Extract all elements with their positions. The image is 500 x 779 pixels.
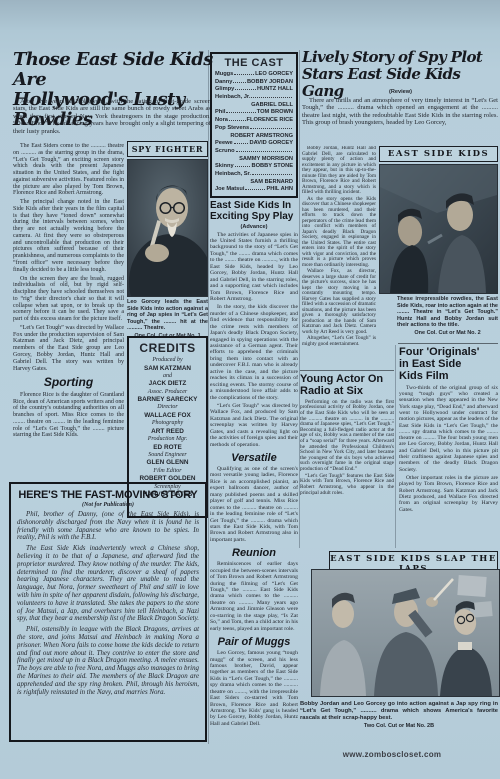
young-actor-heading: Young Actor On Radio at Six	[300, 374, 394, 398]
spy-fighter-photo-art	[128, 160, 207, 296]
left-column: The East Siders come to the .......... t…	[13, 143, 124, 480]
cast-row: Scruno SAMMY MORRISON	[215, 148, 293, 163]
sporting-heading: Sporting	[13, 376, 124, 390]
column-rule	[395, 345, 396, 548]
reunion-heading: Reunion	[210, 547, 298, 559]
cast-row: Muggs LEO GORCEY	[215, 71, 293, 79]
credits-list: Produced by SAM KATZMAN and JACK DIETZ A…	[131, 357, 204, 499]
column-rule	[208, 50, 209, 744]
main-headline-line1: Those East Side Kids Are	[13, 50, 237, 90]
credit-row: Director WALLACE FOX	[131, 404, 204, 420]
versatile-heading: Versatile	[210, 452, 298, 464]
cast-row: Phil TOM BROWN	[215, 109, 293, 117]
spy-fighter-photo	[127, 159, 208, 297]
slap-japs-photo-art	[312, 570, 499, 696]
slap-japs-caption-block: Bobby Jordan and Leo Gorcey go into acti…	[300, 699, 498, 729]
story-body: Phil, brother of Danny, (one of the East…	[17, 511, 199, 696]
cast-row: Glimpy HUNTZ HALL	[215, 86, 293, 94]
cast-row: Nora FLORENCE RICE	[215, 117, 293, 125]
spy-fighter-caption: Leo Gorcey leads the East Side Kids into…	[127, 299, 208, 332]
credit-row: Photography ART REED	[131, 420, 204, 436]
cast-title: THE CAST	[215, 57, 293, 69]
young-actor-section: Young Actor On Radio at Six Performing o…	[300, 374, 394, 550]
credit-row: and JACK DIETZ	[131, 373, 204, 389]
four-originals-heading: Four 'Originals' in East Side Kids Film	[399, 347, 498, 383]
slap-japs-caption: Bobby Jordan and Leo Gorcey go into acti…	[300, 701, 498, 722]
east-side-kids-photo	[379, 164, 498, 294]
spy-fighter-title: SPY FIGHTER	[127, 141, 208, 157]
slap-japs-photo	[311, 569, 500, 697]
slap-japs-mat-note: Two Col. Cut or Mat No. 2B	[300, 723, 498, 729]
cast-row: Danny BOBBY JORDAN	[215, 79, 293, 87]
story-title: HERE'S THE FAST-MOVING STORY	[17, 489, 199, 501]
east-side-kids-caption: These irrepressible rowdies, the East Si…	[397, 296, 498, 329]
reunion-body: Reminiscences of earlier days occupied t…	[210, 561, 298, 632]
review-body: Bobby Jordan, Huntz Hall and Gabriel Del…	[302, 146, 376, 347]
middle-column: East Side Kids In Exciting Spy Play (Adv…	[210, 201, 298, 745]
story-tag: (Not for Publication)	[17, 502, 199, 508]
section-rule	[398, 343, 498, 344]
pair-of-muggs-body: Leo Gorcey, famous young “tough mugg” of…	[210, 650, 298, 727]
advance-body: The activities of Japanese spies in the …	[210, 232, 298, 448]
review-lead: There are thrills and an atmosphere of v…	[302, 97, 498, 128]
four-originals-body: Two-thirds of the original group of six …	[399, 385, 498, 513]
review-tag: (Review)	[302, 89, 499, 95]
east-side-kids-plate: EAST SIDE KIDS These irrepressible row	[379, 146, 498, 336]
four-originals-section: Four 'Originals' in East Side Kids Film …	[399, 347, 498, 547]
credit-row: Produced by SAM KATZMAN	[131, 357, 204, 373]
article-body: The East Siders come to the .......... t…	[13, 143, 124, 372]
pair-of-muggs-heading: Pair of Muggs	[210, 636, 298, 648]
credits-title: CREDITS	[131, 341, 204, 355]
cast-row: Heinbach, Jr. GABRIEL DELL	[215, 94, 293, 109]
article-intro: After five years in Hollywood, with the …	[13, 98, 211, 137]
east-side-kids-photo-art	[380, 165, 497, 293]
pressbook-page: Those East Side Kids Are Hollywood's Lus…	[0, 0, 500, 779]
spy-fighter-plate: SPY FIGHTER Leo Gorc	[127, 141, 208, 339]
cast-row: Joe Matsui PHIL AHN	[215, 186, 293, 194]
review-headline-line1: Lively Story of Spy Plot	[302, 49, 499, 66]
cast-list: Muggs LEO GORCEY Danny BOBBY JORDAN Glim…	[215, 71, 293, 194]
advance-heading: East Side Kids In Exciting Spy Play	[210, 201, 298, 223]
sporting-body: Florence Rice is the daughter of Grantla…	[13, 392, 124, 439]
cast-box: THE CAST Muggs LEO GORCEY Danny BOBBY JO…	[210, 52, 298, 198]
watermark-url: www.zomboscloset.com	[306, 750, 478, 759]
section-rule	[300, 370, 394, 371]
versatile-body: Qualifying as one of the screen's most v…	[210, 466, 298, 543]
young-actor-body: Performing on the radio was the first pr…	[300, 400, 394, 496]
cast-row: Pop Stevens ROBERT ARMSTRONG	[215, 125, 293, 140]
advance-tag: (Advance)	[210, 224, 298, 230]
cast-row: Heinbach, Sr. SAM BERNARD	[215, 171, 293, 186]
cast-row: Peewe DAVID GORCEY	[215, 140, 293, 148]
cast-row: Skinny BOBBY STONE	[215, 163, 293, 171]
east-side-kids-title: EAST SIDE KIDS	[379, 146, 498, 162]
credit-row: Sound Engineer GLEN GLENN	[131, 452, 204, 468]
review-column: Bobby Jordan, Huntz Hall and Gabriel Del…	[302, 146, 376, 370]
east-side-kids-mat-note: One Col. Cut or Mat No. 2	[397, 330, 498, 336]
credit-row: Production Mgr. ED ROTE	[131, 436, 204, 452]
credit-row: Assoc. Producer BARNEY SARECKY	[131, 389, 204, 405]
story-box: HERE'S THE FAST-MOVING STORY (Not for Pu…	[9, 482, 207, 742]
